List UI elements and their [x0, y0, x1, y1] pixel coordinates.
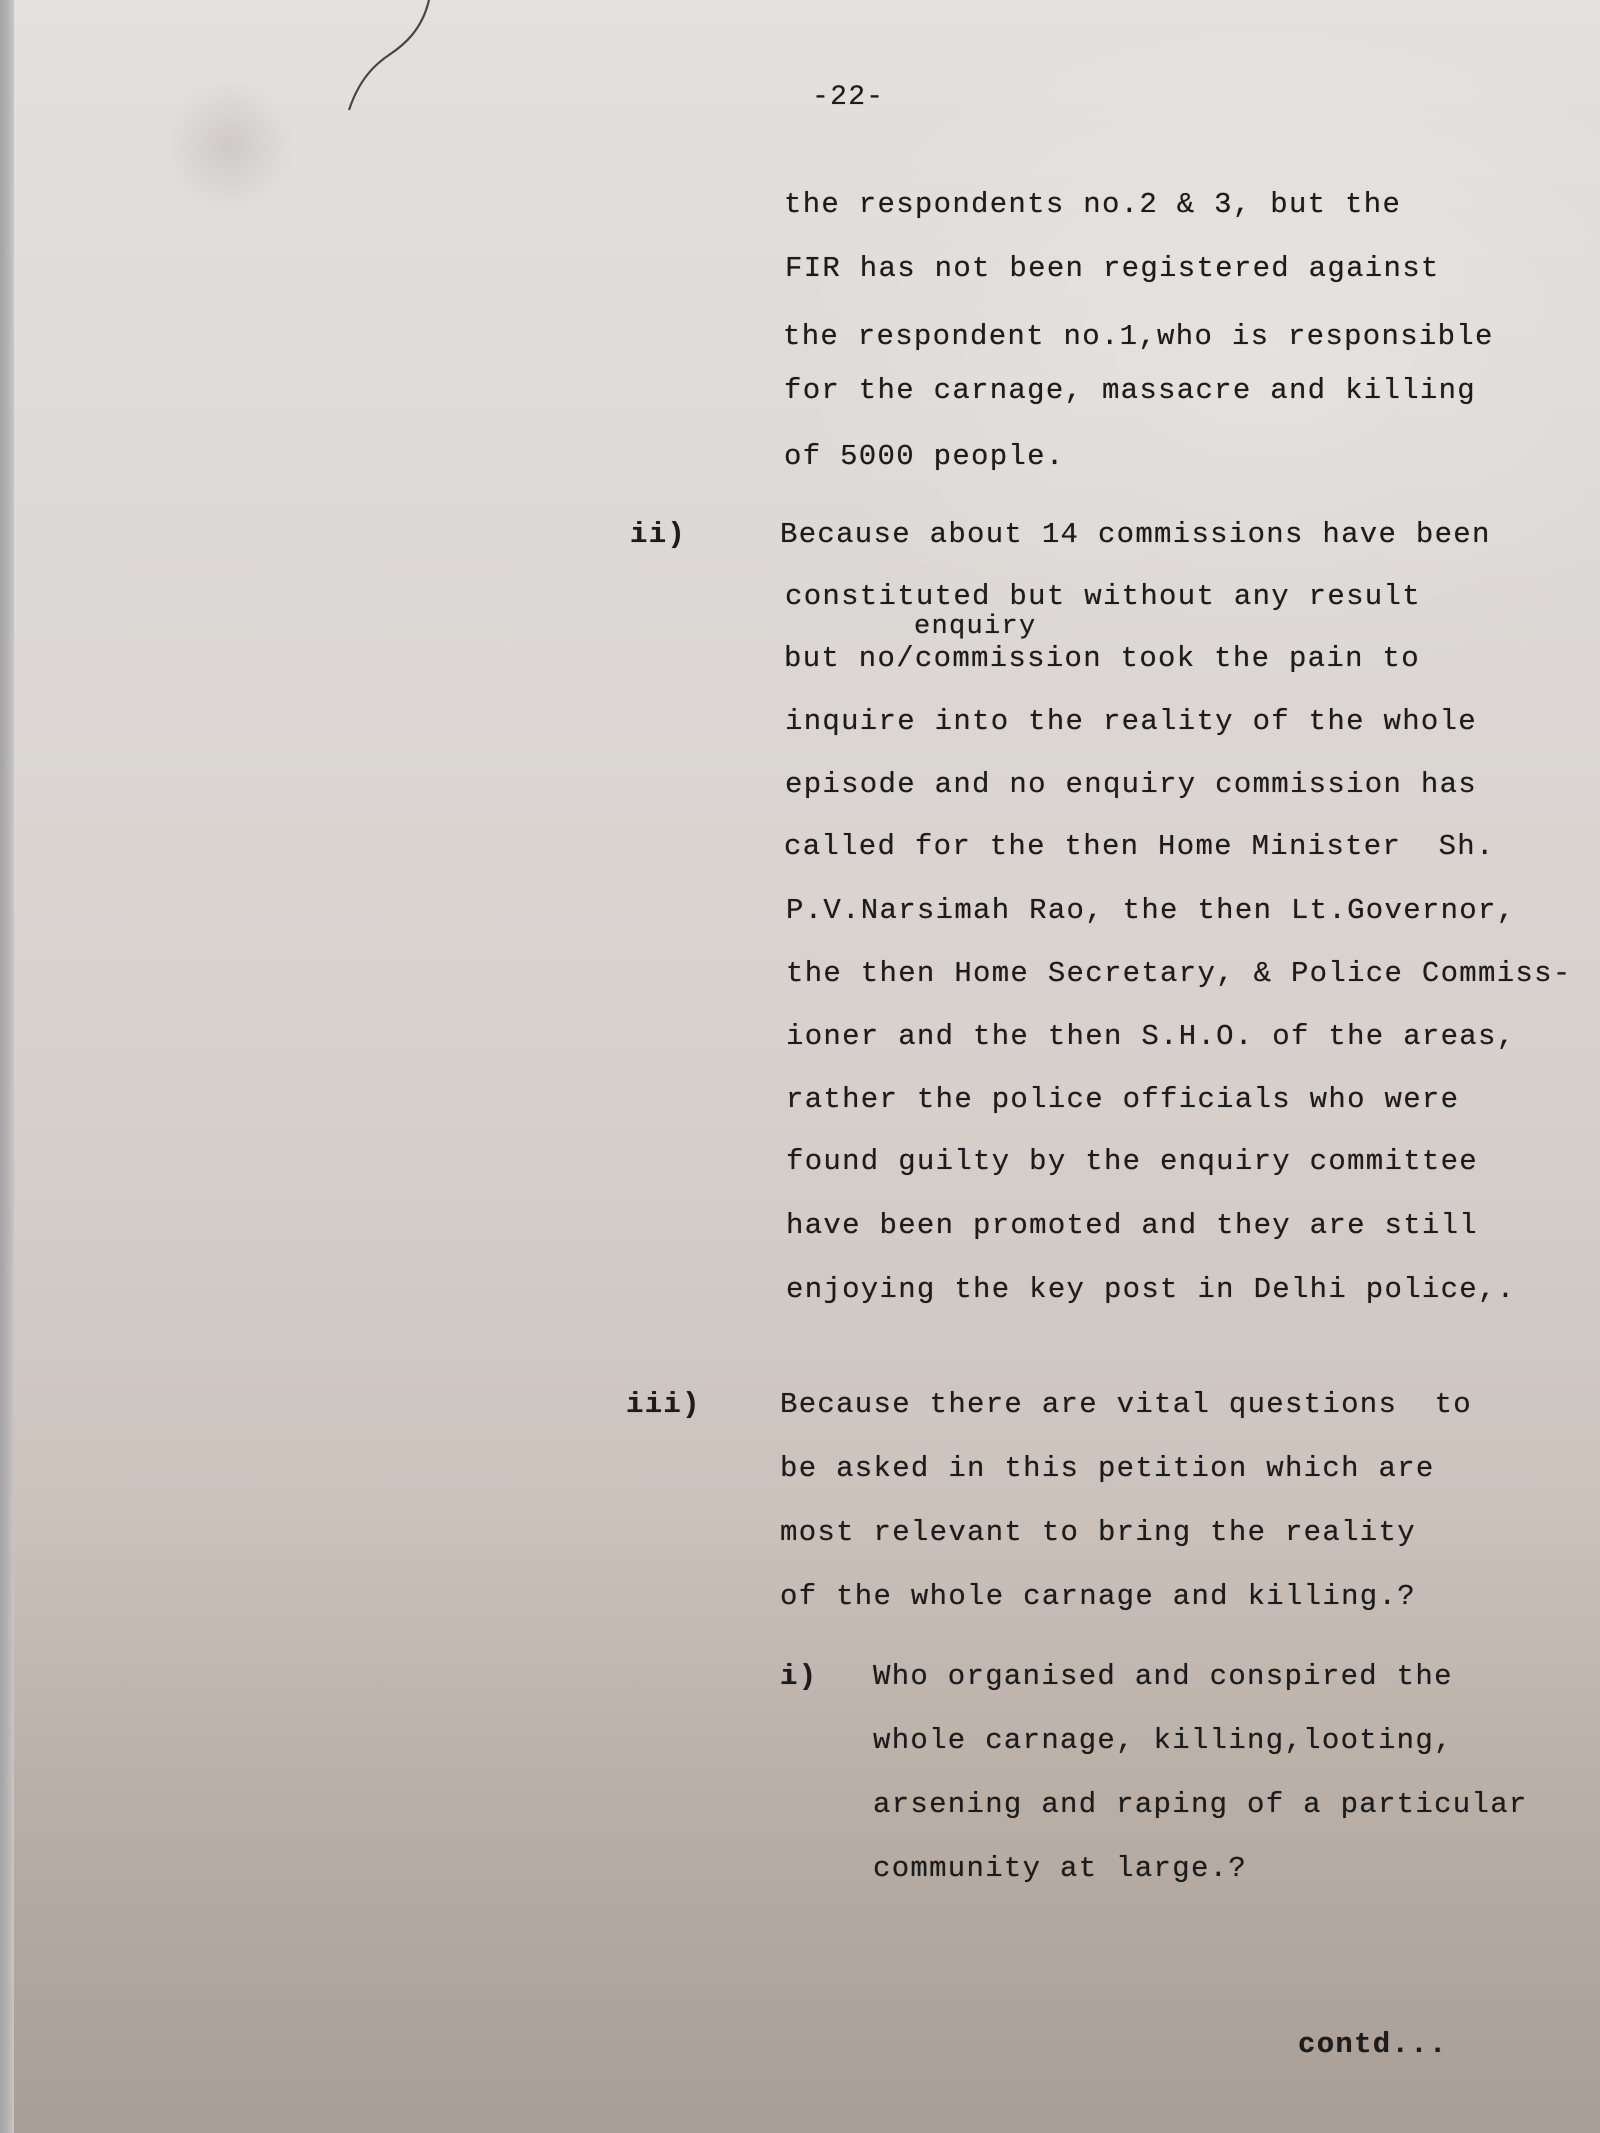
smudge-mark [164, 80, 294, 210]
text-line: found guilty by the enquiry committee [786, 1147, 1478, 1176]
page-number: -22- [812, 84, 884, 112]
ground-label-ii: ii) [630, 520, 686, 549]
text-line: most relevant to bring the reality [780, 1518, 1416, 1547]
continued-footer: contd... [1298, 2030, 1448, 2059]
ground-label-iii: iii) [626, 1390, 701, 1419]
text-line: the then Home Secretary, & Police Commis… [786, 959, 1572, 988]
text-line: community at large.? [873, 1854, 1247, 1883]
text-line: the respondents no.2 & 3, but the [784, 190, 1401, 219]
text-line: of 5000 people. [784, 442, 1065, 471]
text-line: arsening and raping of a particular [873, 1790, 1528, 1819]
pencil-stroke-mark [334, 0, 444, 120]
text-line: inquire into the reality of the whole [785, 707, 1477, 736]
text-line: P.V.Narsimah Rao, the then Lt.Governor, [786, 896, 1515, 925]
text-line: be asked in this petition which are [780, 1454, 1435, 1483]
text-line: but no/commission took the pain to [784, 644, 1420, 673]
text-line: called for the then Home Minister Sh. [784, 832, 1495, 861]
text-line: ioner and the then S.H.O. of the areas, [786, 1022, 1515, 1051]
text-line: Because about 14 commissions have been [780, 520, 1491, 549]
interlinear-insertion: enquiry [914, 614, 1037, 641]
text-line: Because there are vital questions to [780, 1390, 1472, 1419]
text-line: enjoying the key post in Delhi police,. [786, 1275, 1515, 1304]
text-line: the respondent no.1,who is responsible [783, 322, 1494, 351]
text-line: rather the police officials who were [786, 1085, 1459, 1114]
page-edge-strip [0, 0, 14, 2133]
text-line: Who organised and conspired the [873, 1662, 1453, 1691]
text-line: FIR has not been registered against [785, 254, 1440, 283]
text-line: episode and no enquiry commission has [785, 770, 1477, 799]
text-line: constituted but without any result [785, 582, 1421, 611]
text-line: for the carnage, massacre and killing [784, 376, 1476, 405]
text-line: whole carnage, killing,looting, [873, 1726, 1453, 1755]
sub-question-label-i: i) [780, 1662, 817, 1691]
document-page: -22- the respondents no.2 & 3, but the F… [14, 0, 1600, 2133]
text-line: of the whole carnage and killing.? [780, 1582, 1416, 1611]
text-line: have been promoted and they are still [786, 1211, 1478, 1240]
